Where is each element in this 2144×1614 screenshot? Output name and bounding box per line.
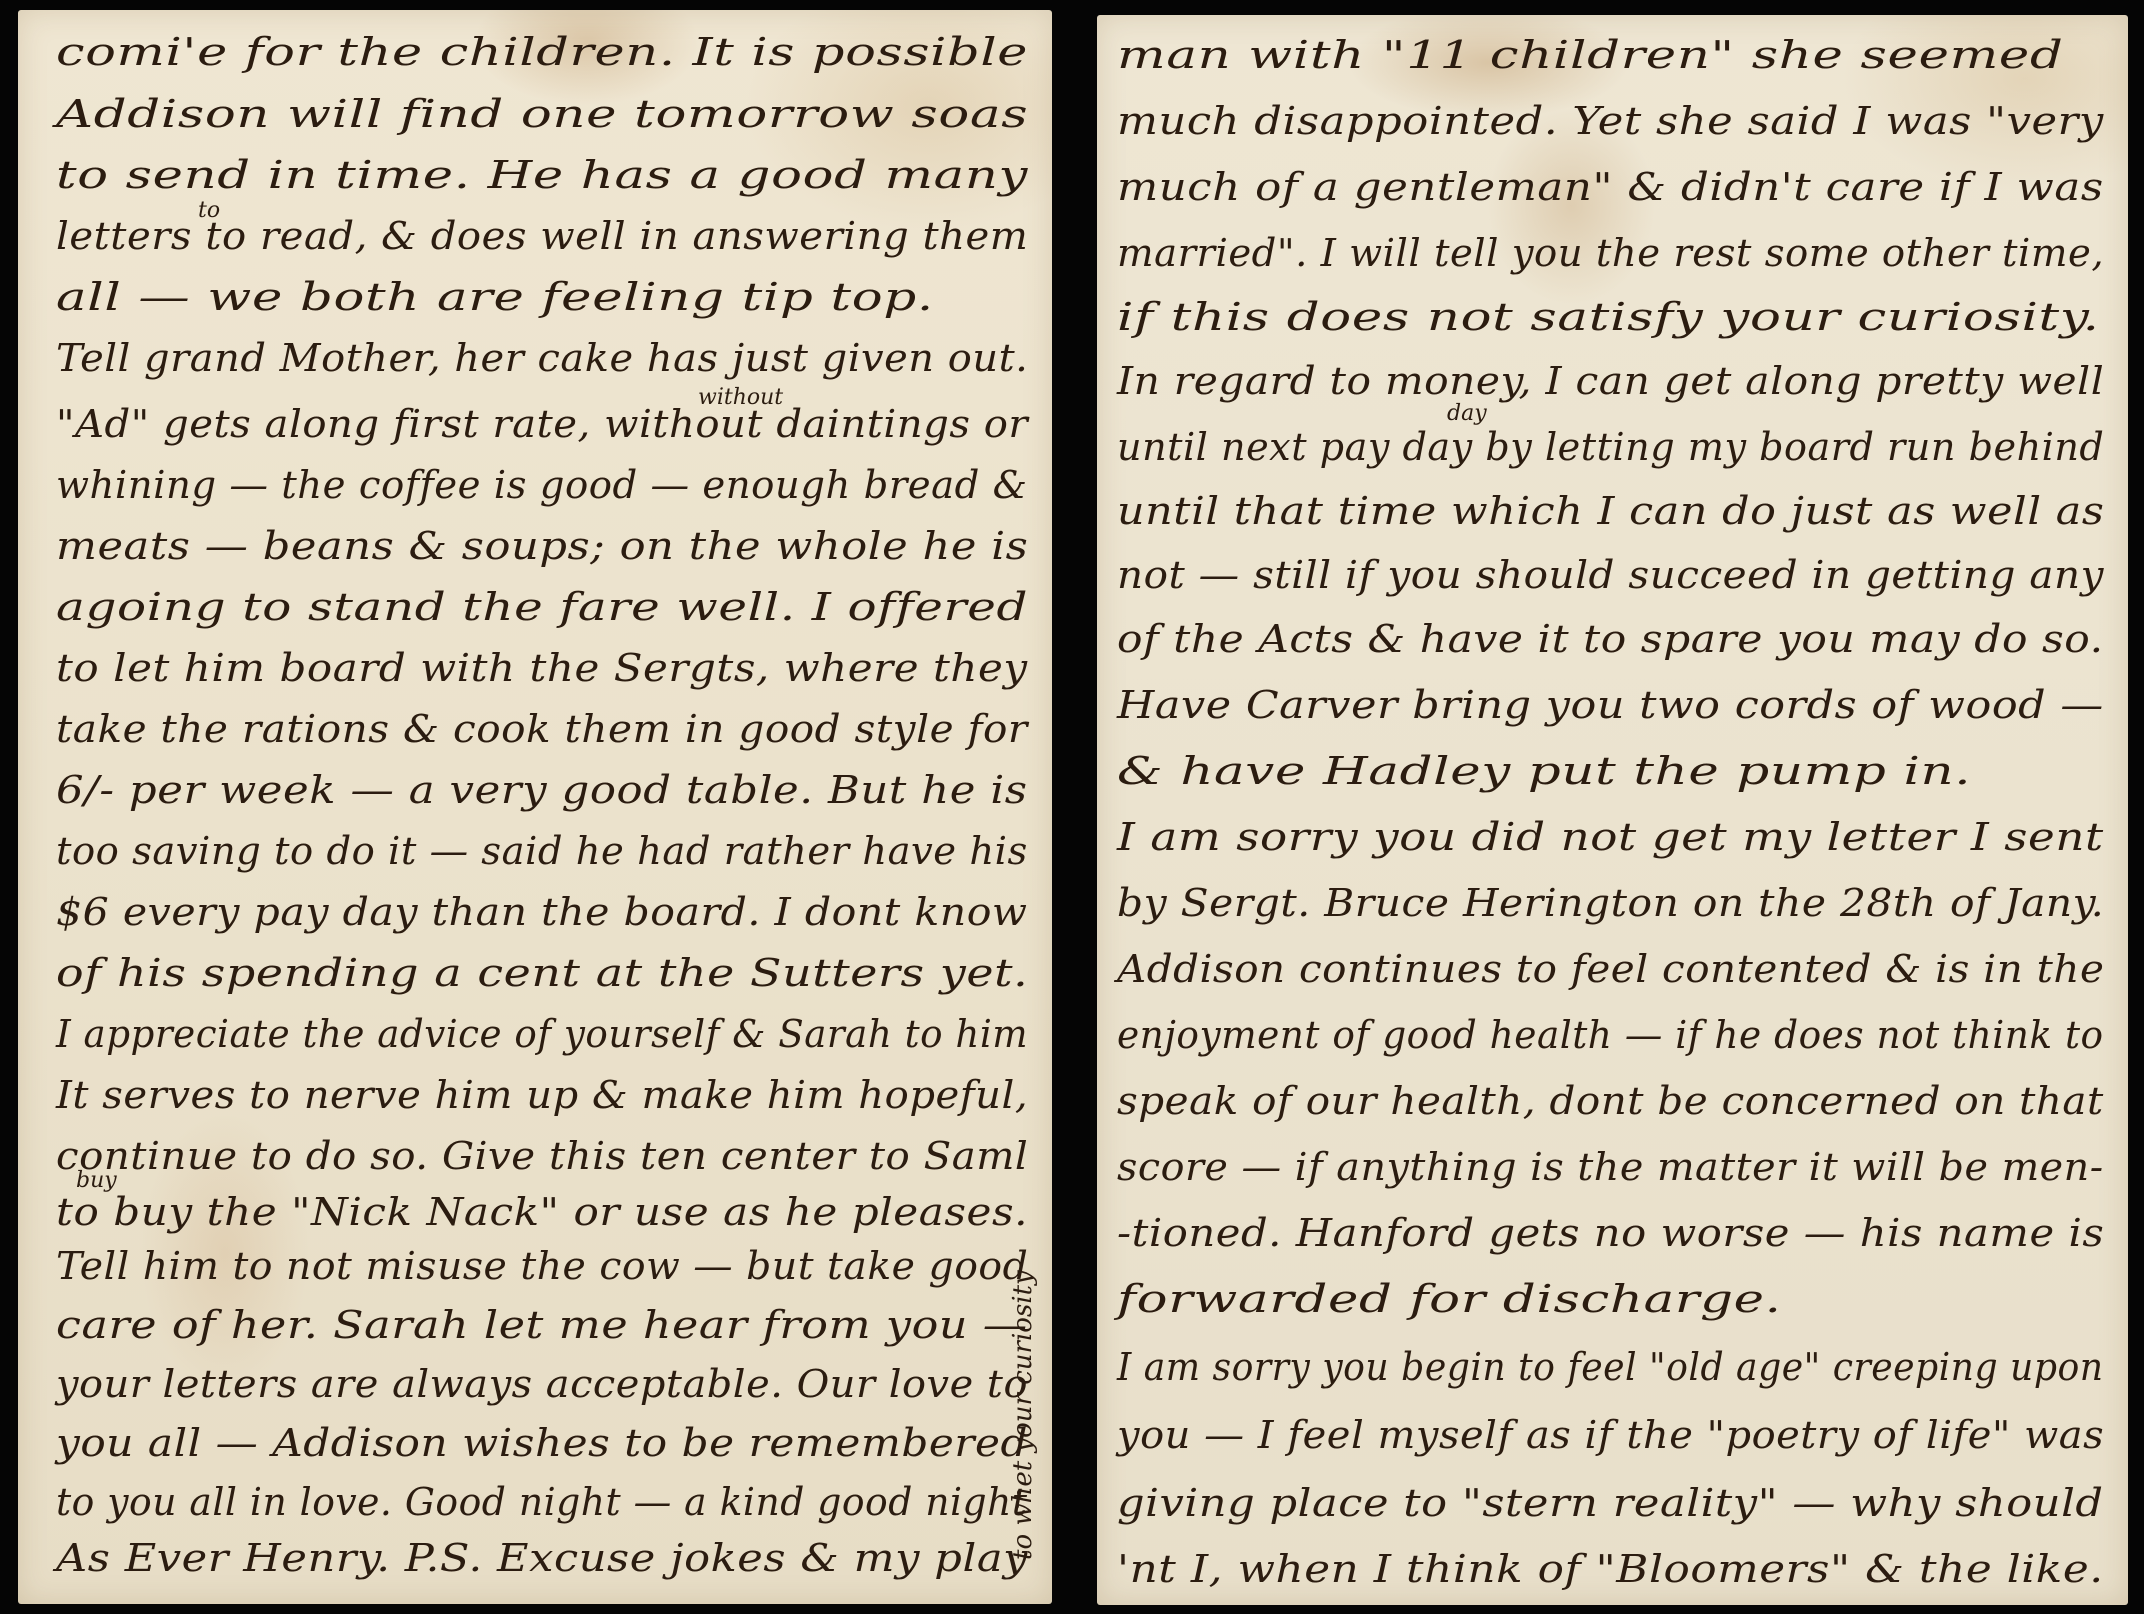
handwritten-line: comi'e for the children. It is possible — [18, 30, 1052, 74]
handwritten-line: agoing to stand the fare well. I offered — [18, 585, 1052, 629]
handwritten-line: man with "11 children" she seemed — [1097, 33, 2128, 77]
handwritten-line: score — if anything is the matter it wil… — [1097, 1145, 2128, 1189]
handwritten-line: until that time which I can do just as w… — [1097, 489, 2128, 533]
handwritten-line: take the rations & cook them in good sty… — [18, 707, 1052, 751]
handwritten-line: to send in time. He has a good many — [18, 153, 1052, 197]
handwritten-line: not — still if you should succeed in get… — [1097, 553, 2128, 597]
handwritten-line: -tioned. Hanford gets no worse — his nam… — [1097, 1211, 2128, 1255]
handwritten-line: In regard to money, I can get along pret… — [1097, 359, 2128, 403]
handwritten-line: "Ad" gets along first rate, without dain… — [18, 402, 1052, 446]
handwritten-line: enjoyment of good health — if he does no… — [1097, 1013, 2128, 1057]
handwritten-line: meats — beans & soups; on the whole he i… — [18, 524, 1052, 568]
handwritten-line: your letters are always acceptable. Our … — [18, 1362, 1052, 1406]
handwritten-line: Have Carver bring you two cords of wood … — [1097, 683, 2128, 727]
handwritten-line: Addison will find one tomorrow soas — [18, 92, 1052, 136]
handwritten-line: much of a gentleman" & didn't care if I … — [1097, 165, 2128, 209]
handwritten-line: until next pay day by letting my board r… — [1097, 425, 2128, 469]
handwritten-line: It serves to nerve him up & make him hop… — [18, 1073, 1052, 1117]
handwritten-line: $6 every pay day than the board. I dont … — [18, 890, 1052, 934]
handwritten-line: I appreciate the advice of yourself & Sa… — [18, 1012, 1052, 1056]
letter-page-left: comi'e for the children. It is possible … — [18, 10, 1052, 1604]
handwritten-line: married". I will tell you the rest some … — [1097, 231, 2128, 275]
handwritten-line: giving place to "stern reality" — why sh… — [1097, 1481, 2128, 1525]
handwritten-line: much disappointed. Yet she said I was "v… — [1097, 99, 2128, 143]
handwritten-line: all — we both are feeling tip top. — [18, 275, 1052, 319]
letter-page-right: man with "11 children" she seemed much d… — [1097, 15, 2128, 1605]
handwritten-line: 'nt I, when I think of "Bloomers" & the … — [1097, 1547, 2128, 1591]
handwritten-line: forwarded for discharge. — [1097, 1277, 2128, 1321]
handwritten-line: & have Hadley put the pump in. — [1097, 749, 2128, 793]
handwritten-line: speak of our health, dont be concerned o… — [1097, 1079, 2128, 1123]
handwritten-line: too saving to do it — said he had rather… — [18, 829, 1052, 873]
margin-note-vertical: to whet your curiosity — [1008, 1140, 1048, 1560]
handwritten-line: Tell him to not misuse the cow — but tak… — [18, 1244, 1052, 1288]
handwritten-line: whining — the coffee is good — enough br… — [18, 463, 1052, 507]
handwritten-line: if this does not satisfy your curiosity. — [1097, 295, 2128, 339]
handwritten-line: you — I feel myself as if the "poetry of… — [1097, 1413, 2128, 1457]
handwritten-line: to let him board with the Sergts, where … — [18, 646, 1052, 690]
handwritten-line: of his spending a cent at the Sutters ye… — [18, 951, 1052, 995]
inserted-word: day — [1447, 401, 1487, 426]
handwritten-line: of the Acts & have it to spare you may d… — [1097, 617, 2128, 661]
handwritten-line: I am sorry you begin to feel "old age" c… — [1097, 1345, 2128, 1389]
handwritten-line: I am sorry you did not get my letter I s… — [1097, 815, 2128, 859]
handwritten-line: 6/- per week — a very good table. But he… — [18, 768, 1052, 812]
handwritten-line: by Sergt. Bruce Herington on the 28th of… — [1097, 881, 2128, 925]
handwritten-line: to buy the "Nick Nack" or use as he plea… — [18, 1190, 1052, 1234]
handwritten-line: letters to read, & does well in answerin… — [18, 214, 1052, 258]
handwritten-line: Addison continues to feel contented & is… — [1097, 947, 2128, 991]
handwritten-line: continue to do so. Give this ten center … — [18, 1134, 1052, 1178]
handwritten-line: you all — Addison wishes to be remembere… — [18, 1421, 1052, 1465]
handwritten-line: to you all in love. Good night — a kind … — [18, 1480, 1052, 1524]
signature-line: As Ever Henry. P.S. Excuse jokes & my pl… — [18, 1536, 1052, 1580]
handwritten-line: Tell grand Mother, her cake has just giv… — [18, 336, 1052, 380]
handwritten-line: care of her. Sarah let me hear from you … — [18, 1303, 1052, 1347]
